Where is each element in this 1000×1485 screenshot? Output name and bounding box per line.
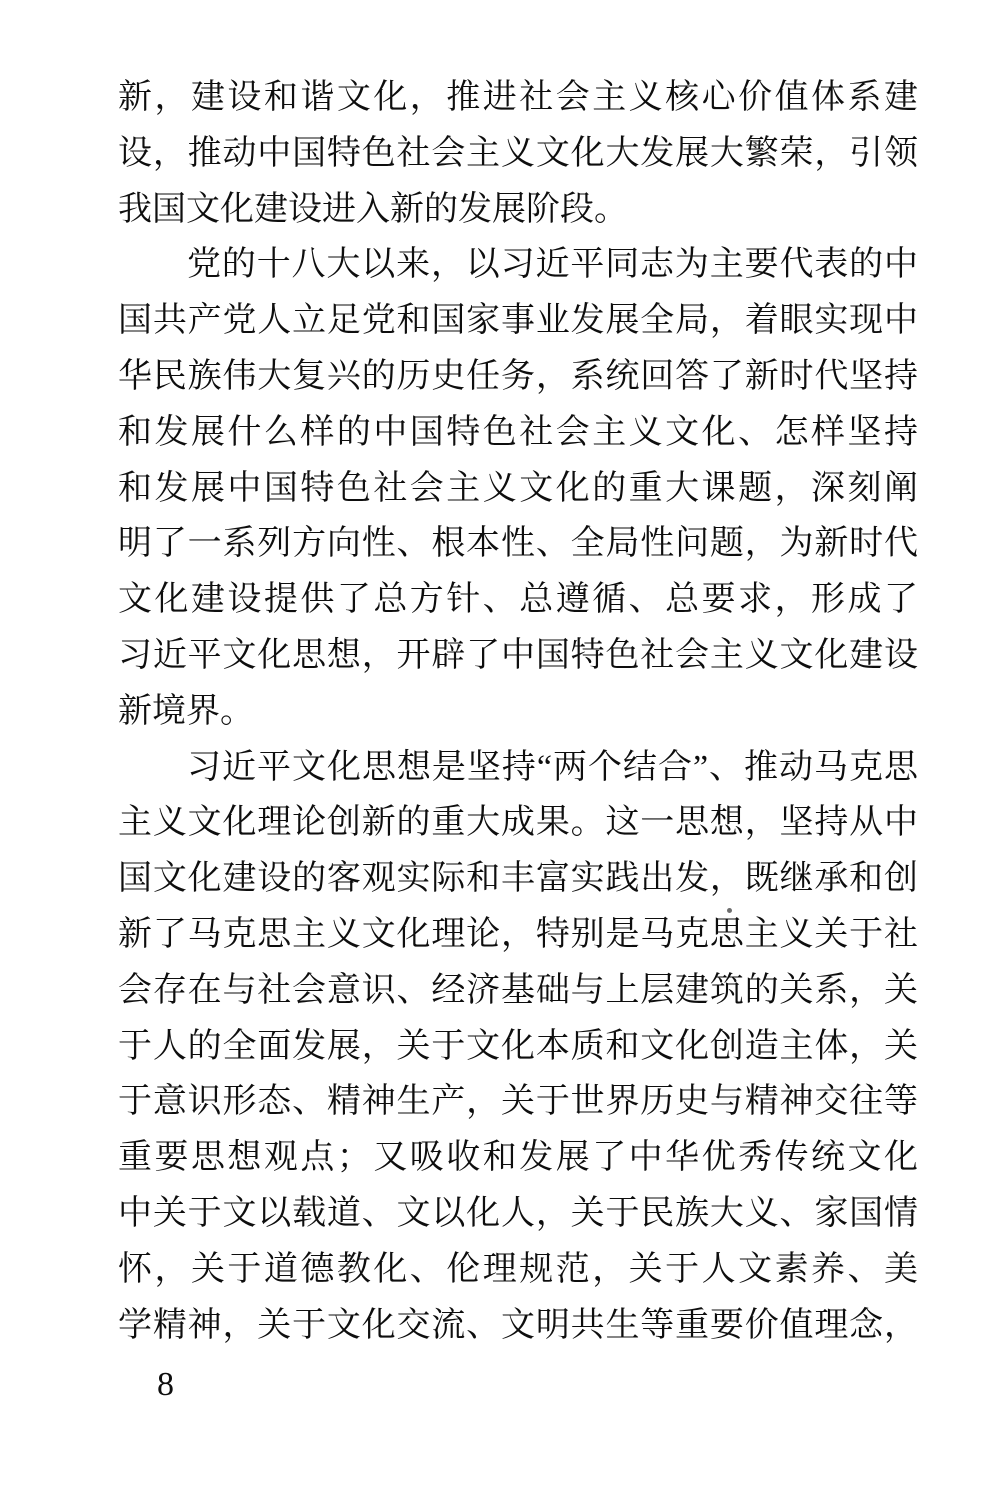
text-line: 新了马克思主义文化理论，特别是马克思主义关于社 — [118, 907, 918, 963]
text-line: 党的十八大以来，以习近平同志为主要代表的中 — [118, 237, 918, 293]
text-line: 我国文化建设进入新的发展阶段。 — [118, 182, 918, 238]
text-line: 新，建设和谐文化，推进社会主义核心价值体系建 — [118, 70, 918, 126]
body-text: 新，建设和谐文化，推进社会主义核心价值体系建设，推动中国特色社会主义文化大发展大… — [118, 70, 918, 1353]
text-line: 习近平文化思想，开辟了中国特色社会主义文化建设 — [118, 628, 918, 684]
text-line: 主义文化理论创新的重大成果。这一思想，坚持从中 — [118, 795, 918, 851]
text-line: 于意识形态、精神生产，关于世界历史与精神交往等 — [118, 1074, 918, 1130]
text-line: 新境界。 — [118, 684, 918, 740]
text-line: 和发展中国特色社会主义文化的重大课题，深刻阐 — [118, 461, 918, 517]
text-line: 中关于文以载道、文以化人，关于民族大义、家国情 — [118, 1186, 918, 1242]
text-line: 国文化建设的客观实际和丰富实践出发，既继承和创 — [118, 851, 918, 907]
text-line: 习近平文化思想是坚持“两个结合”、推动马克思 — [118, 740, 918, 796]
text-line: 怀，关于道德教化、伦理规范，关于人文素养、美 — [118, 1242, 918, 1298]
document-page: 新，建设和谐文化，推进社会主义核心价值体系建设，推动中国特色社会主义文化大发展大… — [0, 0, 1000, 1485]
text-line: 和发展什么样的中国特色社会主义文化、怎样坚持 — [118, 405, 918, 461]
text-line: 国共产党人立足党和国家事业发展全局，着眼实现中 — [118, 293, 918, 349]
text-line: 重要思想观点；又吸收和发展了中华优秀传统文化 — [118, 1130, 918, 1186]
text-line: 文化建设提供了总方针、总遵循、总要求，形成了 — [118, 572, 918, 628]
text-line: 明了一系列方向性、根本性、全局性问题，为新时代 — [118, 516, 918, 572]
scan-speck-artifact — [727, 908, 732, 913]
page-number: 8 — [157, 1362, 174, 1408]
text-line: 会存在与社会意识、经济基础与上层建筑的关系，关 — [118, 963, 918, 1019]
text-line: 于人的全面发展，关于文化本质和文化创造主体，关 — [118, 1019, 918, 1075]
text-line: 学精神，关于文化交流、文明共生等重要价值理念， — [118, 1298, 918, 1354]
text-line: 设，推动中国特色社会主义文化大发展大繁荣，引领 — [118, 126, 918, 182]
text-line: 华民族伟大复兴的历史任务，系统回答了新时代坚持 — [118, 349, 918, 405]
